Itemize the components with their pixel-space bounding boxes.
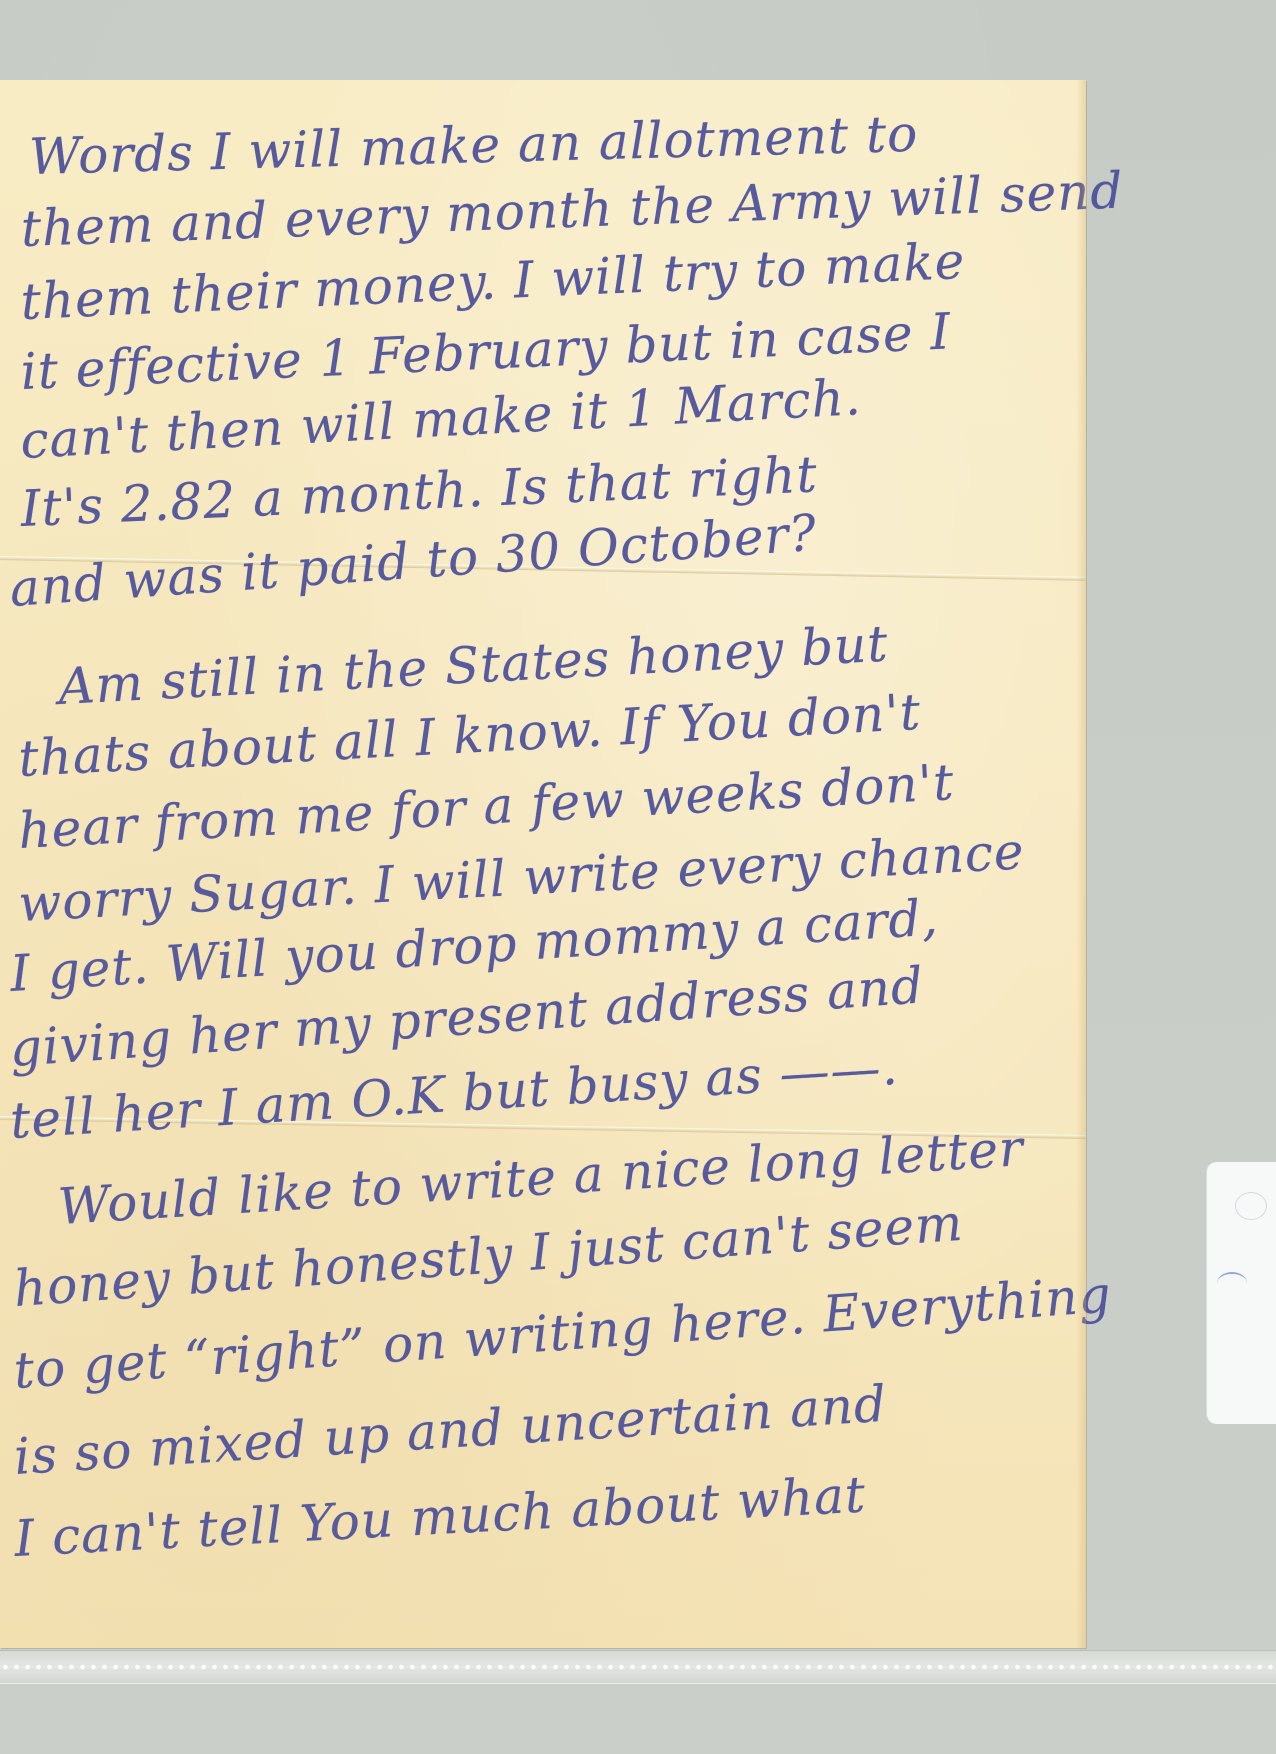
archive-tab [1207,1162,1276,1424]
letter-line: is so mixed up and uncertain and [12,1375,888,1486]
faint-circle-mark [1235,1192,1267,1220]
faint-ink-mark [1217,1272,1247,1294]
letter-page: Words I will make an allotment to them a… [0,80,1086,1648]
plastic-sleeve-edge [0,1650,1276,1684]
letter-line: I can't tell You much about what [13,1465,867,1568]
sleeve-perforation [0,1663,1276,1671]
